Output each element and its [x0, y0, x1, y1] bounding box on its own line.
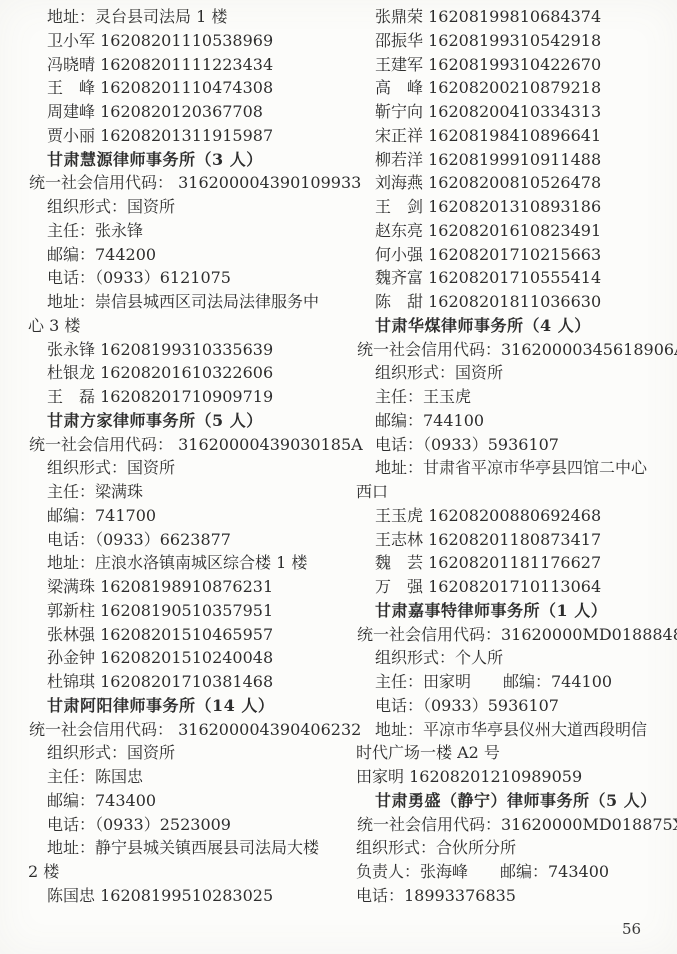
document-line: 邮编：743400: [28, 789, 333, 813]
firm-name-header: 甘肃华煤律师事务所（4 人）: [356, 314, 661, 338]
document-line: 冯晓晴 16208201111223434: [28, 53, 333, 77]
document-line: 电话：18993376835: [356, 884, 661, 908]
document-line: 高 峰 16208200210879218: [356, 76, 661, 100]
document-line: 主任：张永锋: [28, 219, 333, 243]
document-line: 组织形式：国资所: [28, 195, 333, 219]
document-line: 主任：陈国忠: [28, 765, 333, 789]
document-line: 统一社会信用代码：31620000MD018875XL: [356, 813, 661, 837]
document-line: 电话：（0933）2523009: [28, 813, 333, 837]
document-line: 刘海燕 16208200810526478: [356, 171, 661, 195]
document-line: 地址：灵台县司法局 1 楼: [28, 5, 333, 29]
document-line: 统一社会信用代码： 316200004390109933: [28, 171, 333, 195]
left-column: 地址：灵台县司法局 1 楼卫小军 16208201110538969冯晓晴 16…: [28, 5, 333, 908]
document-line: 电话：（0933）5936107: [356, 433, 661, 457]
document-line: 地址：庄浪水洛镇南城区综合楼 1 楼: [28, 551, 333, 575]
document-line: 张林强 16208201510465957: [28, 623, 333, 647]
document-line: 张鼎荣 16208199810684374: [356, 5, 661, 29]
document-line: 地址：甘肃省平凉市华亭县四馆二中心: [356, 456, 661, 480]
firm-name-header: 甘肃慧源律师事务所（3 人）: [28, 148, 333, 172]
document-line: 地址：平凉市华亭县仪州大道西段明信: [356, 718, 661, 742]
document-line: 主任：梁满珠: [28, 480, 333, 504]
document-line: 梁满珠 16208198910876231: [28, 575, 333, 599]
document-line: 陈国忠 16208199510283025: [28, 884, 333, 908]
document-line: 杜锦琪 16208201710381468: [28, 670, 333, 694]
firm-name-header: 甘肃方家律师事务所（5 人）: [28, 409, 333, 433]
document-line: 王 剑 16208201310893186: [356, 195, 661, 219]
document-line: 2 楼: [28, 860, 333, 884]
document-line: 何小强 16208201710215663: [356, 243, 661, 267]
document-line: 统一社会信用代码： 31620000439030185A: [28, 433, 333, 457]
document-line: 组织形式：国资所: [28, 456, 333, 480]
document-line: 电话：（0933）5936107: [356, 694, 661, 718]
document-line: 靳宁向 16208200410334313: [356, 100, 661, 124]
document-line: 负责人：张海峰 邮编：743400: [356, 860, 661, 884]
page-number: 56: [622, 920, 641, 938]
document-line: 王 磊 16208201710909719: [28, 385, 333, 409]
document-line: 王 峰 16208201110474308: [28, 76, 333, 100]
document-line: 时代广场一楼 A2 号: [356, 741, 661, 765]
document-line: 邮编：741700: [28, 504, 333, 528]
document-line: 赵东亮 16208201610823491: [356, 219, 661, 243]
document-line: 地址：崇信县城西区司法局法律服务中: [28, 290, 333, 314]
document-line: 王志林 16208201180873417: [356, 528, 661, 552]
document-line: 邵振华 16208199310542918: [356, 29, 661, 53]
document-line: 张永锋 16208199310335639: [28, 338, 333, 362]
scanned-document-page: 地址：灵台县司法局 1 楼卫小军 16208201110538969冯晓晴 16…: [0, 0, 677, 954]
right-column: 张鼎荣 16208199810684374邵振华 162081993105429…: [356, 5, 661, 908]
document-line: 电话：（0933）6623877: [28, 528, 333, 552]
document-line: 贾小丽 16208201311915987: [28, 124, 333, 148]
document-line: 万 强 16208201710113064: [356, 575, 661, 599]
document-line: 魏齐富 16208201710555414: [356, 266, 661, 290]
document-line: 组织形式：个人所: [356, 646, 661, 670]
firm-name-header: 甘肃勇盛（静宁）律师事务所（5 人）: [356, 789, 661, 813]
document-line: 邮编：744100: [356, 409, 661, 433]
firm-name-header: 甘肃嘉事特律师事务所（1 人）: [356, 599, 661, 623]
document-line: 杜银龙 16208201610322606: [28, 361, 333, 385]
document-line: 王建军 16208199310422670: [356, 53, 661, 77]
document-line: 陈 甜 16208201811036630: [356, 290, 661, 314]
document-line: 组织形式：国资所: [356, 361, 661, 385]
document-line: 主任：田家明 邮编：744100: [356, 670, 661, 694]
firm-name-header: 甘肃阿阳律师事务所（14 人）: [28, 694, 333, 718]
document-line: 电话：（0933）6121075: [28, 266, 333, 290]
document-line: 西口: [356, 480, 661, 504]
document-line: 主任：王玉虎: [356, 385, 661, 409]
document-line: 卫小军 16208201110538969: [28, 29, 333, 53]
document-line: 地址：静宁县城关镇西展县司法局大楼: [28, 836, 333, 860]
document-line: 组织形式：国资所: [28, 741, 333, 765]
document-line: 心 3 楼: [28, 314, 333, 338]
document-line: 郭新柱 16208190510357951: [28, 599, 333, 623]
document-line: 田家明 16208201210989059: [356, 765, 661, 789]
document-line: 魏 芸 16208201181176627: [356, 551, 661, 575]
document-line: 统一社会信用代码： 316200004390406232: [28, 718, 333, 742]
document-line: 柳若洋 16208199910911488: [356, 148, 661, 172]
document-line: 周建峰 1620820120367708: [28, 100, 333, 124]
document-line: 宋正祥 16208198410896641: [356, 124, 661, 148]
document-line: 组织形式：合伙所分所: [356, 836, 661, 860]
document-line: 统一社会信用代码：31620000MD01888488: [356, 623, 661, 647]
document-line: 王玉虎 16208200880692468: [356, 504, 661, 528]
document-line: 统一社会信用代码：31620000345618906A: [356, 338, 661, 362]
document-line: 邮编：744200: [28, 243, 333, 267]
document-line: 孙金钟 16208201510240048: [28, 646, 333, 670]
